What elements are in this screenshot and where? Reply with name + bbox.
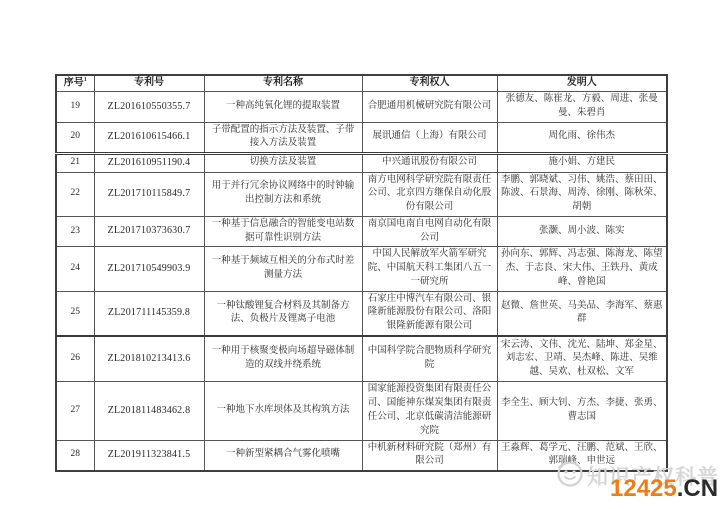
cell-index: 23 xyxy=(56,216,94,247)
cell-patent-name: 用于并行冗余协议网络中的时钟输出控制方法和系统 xyxy=(204,172,362,216)
cell-index: 20 xyxy=(56,122,94,154)
watermark-site-url: 12425.CN xyxy=(610,475,718,503)
cell-patent-name: 一种新型紧耦合气雾化喷嘴 xyxy=(204,440,362,471)
cell-patent-number: ZL201610615466.1 xyxy=(94,122,204,154)
cell-inventors: 施小娟、方建民 xyxy=(497,154,667,173)
table-row: 26 ZL201810213413.6 一种用于核聚变极向场超导磁体制造的双线并… xyxy=(56,336,667,382)
cell-patent-number: ZL201710549903.9 xyxy=(94,247,204,291)
table-row: 24 ZL201710549903.9 一种基于频域互相关的分布式时差测量方法 … xyxy=(56,247,667,291)
cell-inventors: 宋云涛、文伟、沈光、陆坤、郑金星、刘志宏、卫靖、吴杰峰、陈进、吴维越、吴欢、杜双… xyxy=(497,336,667,382)
cell-patentee: 中国人民解放军火箭军研究院、中国航天科工集团八五一一研究所 xyxy=(362,247,497,291)
table-row: 27 ZL201811483462.8 一种地下水库坝体及其构筑方法 国家能源投… xyxy=(56,382,667,440)
table-row: 19 ZL201610550355.7 一种高纯氧化锂的提取装置 合肥通用机械研… xyxy=(56,92,667,123)
cell-patent-number: ZL201610951190.4 xyxy=(94,154,204,173)
cell-patent-number: ZL201610550355.7 xyxy=(94,92,204,123)
cell-index: 28 xyxy=(56,440,94,471)
cell-patent-name: 一种基于频域互相关的分布式时差测量方法 xyxy=(204,247,362,291)
table-row: 20 ZL201610615466.1 子带配置的指示方法及装置、子带接入方法及… xyxy=(56,122,667,154)
cell-patent-name: 一种地下水库坝体及其构筑方法 xyxy=(204,382,362,440)
cell-patent-number: ZL201810213413.6 xyxy=(94,336,204,382)
cell-index: 24 xyxy=(56,247,94,291)
header-index: 序号1 xyxy=(56,75,94,92)
cell-patent-name: 一种基于信息融合的智能变电站数据可靠性识别方法 xyxy=(204,216,362,247)
cell-patentee: 中兴通讯股份有限公司 xyxy=(362,154,497,173)
header-patentee: 专利权人 xyxy=(362,75,497,92)
cell-patentee: 中机新材料研究院（郑州）有限公司 xyxy=(362,440,497,471)
table-row: 23 ZL201710373630.7 一种基于信息融合的智能变电站数据可靠性识… xyxy=(56,216,667,247)
cell-patentee: 中国科学院合肥物质科学研究院 xyxy=(362,336,497,382)
cell-inventors: 孙向东、郭辉、冯志强、陈海龙、陈望杰、于志良、宋大伟、王铁丹、黄成峰、曾艳国 xyxy=(497,247,667,291)
cell-patentee: 南京国电南自电网自动化有限公司 xyxy=(362,216,497,247)
cell-inventors: 张灏、周小波、陈实 xyxy=(497,216,667,247)
document-page: 序号1 专利号 专利名称 专利权人 发明人 19 ZL201610550355.… xyxy=(0,0,720,509)
cell-patentee: 南方电网科学研究院有限责任公司、北京四方继保自动化股份有限公司 xyxy=(362,172,497,216)
cell-inventors: 李鹏、郭晓斌、习伟、姚浩、蔡田田、陈波、石景海、周涛、徐刚、陈秋荣、胡朝 xyxy=(497,172,667,216)
cell-index: 21 xyxy=(56,154,94,173)
cell-patent-name: 一种用于核聚变极向场超导磁体制造的双线并绕系统 xyxy=(204,336,362,382)
cell-patent-name: 一种高纯氧化锂的提取装置 xyxy=(204,92,362,123)
cell-patent-number: ZL201711145359.8 xyxy=(94,291,204,336)
cell-inventors: 赵微、詹世英、马美品、李海军、蔡惠群 xyxy=(497,291,667,336)
header-patent-number: 专利号 xyxy=(94,75,204,92)
cell-patent-number: ZL201911323841.5 xyxy=(94,440,204,471)
header-inventors: 发明人 xyxy=(497,75,667,92)
cell-patentee: 展讯通信（上海）有限公司 xyxy=(362,122,497,154)
table-row: 25 ZL201711145359.8 一种钛酸锂复合材料及其制备方法、负极片及… xyxy=(56,291,667,336)
cell-inventors: 周化雨、徐伟杰 xyxy=(497,122,667,154)
cell-patent-number: ZL201710373630.7 xyxy=(94,216,204,247)
table-header-row: 序号1 专利号 专利名称 专利权人 发明人 xyxy=(56,75,667,92)
site-suffix: .CN xyxy=(677,475,718,502)
cell-patent-number: ZL201811483462.8 xyxy=(94,382,204,440)
cell-patent-name: 子带配置的指示方法及装置、子带接入方法及装置 xyxy=(204,122,362,154)
cell-index: 27 xyxy=(56,382,94,440)
site-number: 12425 xyxy=(610,475,677,502)
cell-index: 19 xyxy=(56,92,94,123)
cell-index: 25 xyxy=(56,291,94,336)
mascot-icon xyxy=(556,460,584,488)
cell-patent-name: 切换方法及装置 xyxy=(204,154,362,173)
cell-index: 22 xyxy=(56,172,94,216)
cell-patentee: 合肥通用机械研究院有限公司 xyxy=(362,92,497,123)
cell-patentee: 石家庄中博汽车有限公司、银隆新能源股份有限公司、洛阳银隆新能源有限公司 xyxy=(362,291,497,336)
table-row: 22 ZL201710115849.7 用于并行冗余协议网络中的时钟输出控制方法… xyxy=(56,172,667,216)
cell-inventors: 李全生、顾大钊、方杰、李捷、张勇、曹志国 xyxy=(497,382,667,440)
cell-patentee: 国家能源投资集团有限责任公司、国能神东煤炭集团有限责任公司、北京低碳清洁能源研究… xyxy=(362,382,497,440)
cell-index: 26 xyxy=(56,336,94,382)
footer-watermark: 知识产权科普 12425.CN xyxy=(556,458,720,502)
header-footnote-mark: 1 xyxy=(84,77,87,83)
cell-patent-number: ZL201710115849.7 xyxy=(94,172,204,216)
patents-table: 序号1 专利号 专利名称 专利权人 发明人 19 ZL201610550355.… xyxy=(55,74,668,472)
cell-inventors: 张德友、陈崔龙、方毅、周进、张曼曼、朱碧肖 xyxy=(497,92,667,123)
cell-patent-name: 一种钛酸锂复合材料及其制备方法、负极片及锂离子电池 xyxy=(204,291,362,336)
table-row: 21 ZL201610951190.4 切换方法及装置 中兴通讯股份有限公司 施… xyxy=(56,154,667,173)
header-patent-name: 专利名称 xyxy=(204,75,362,92)
